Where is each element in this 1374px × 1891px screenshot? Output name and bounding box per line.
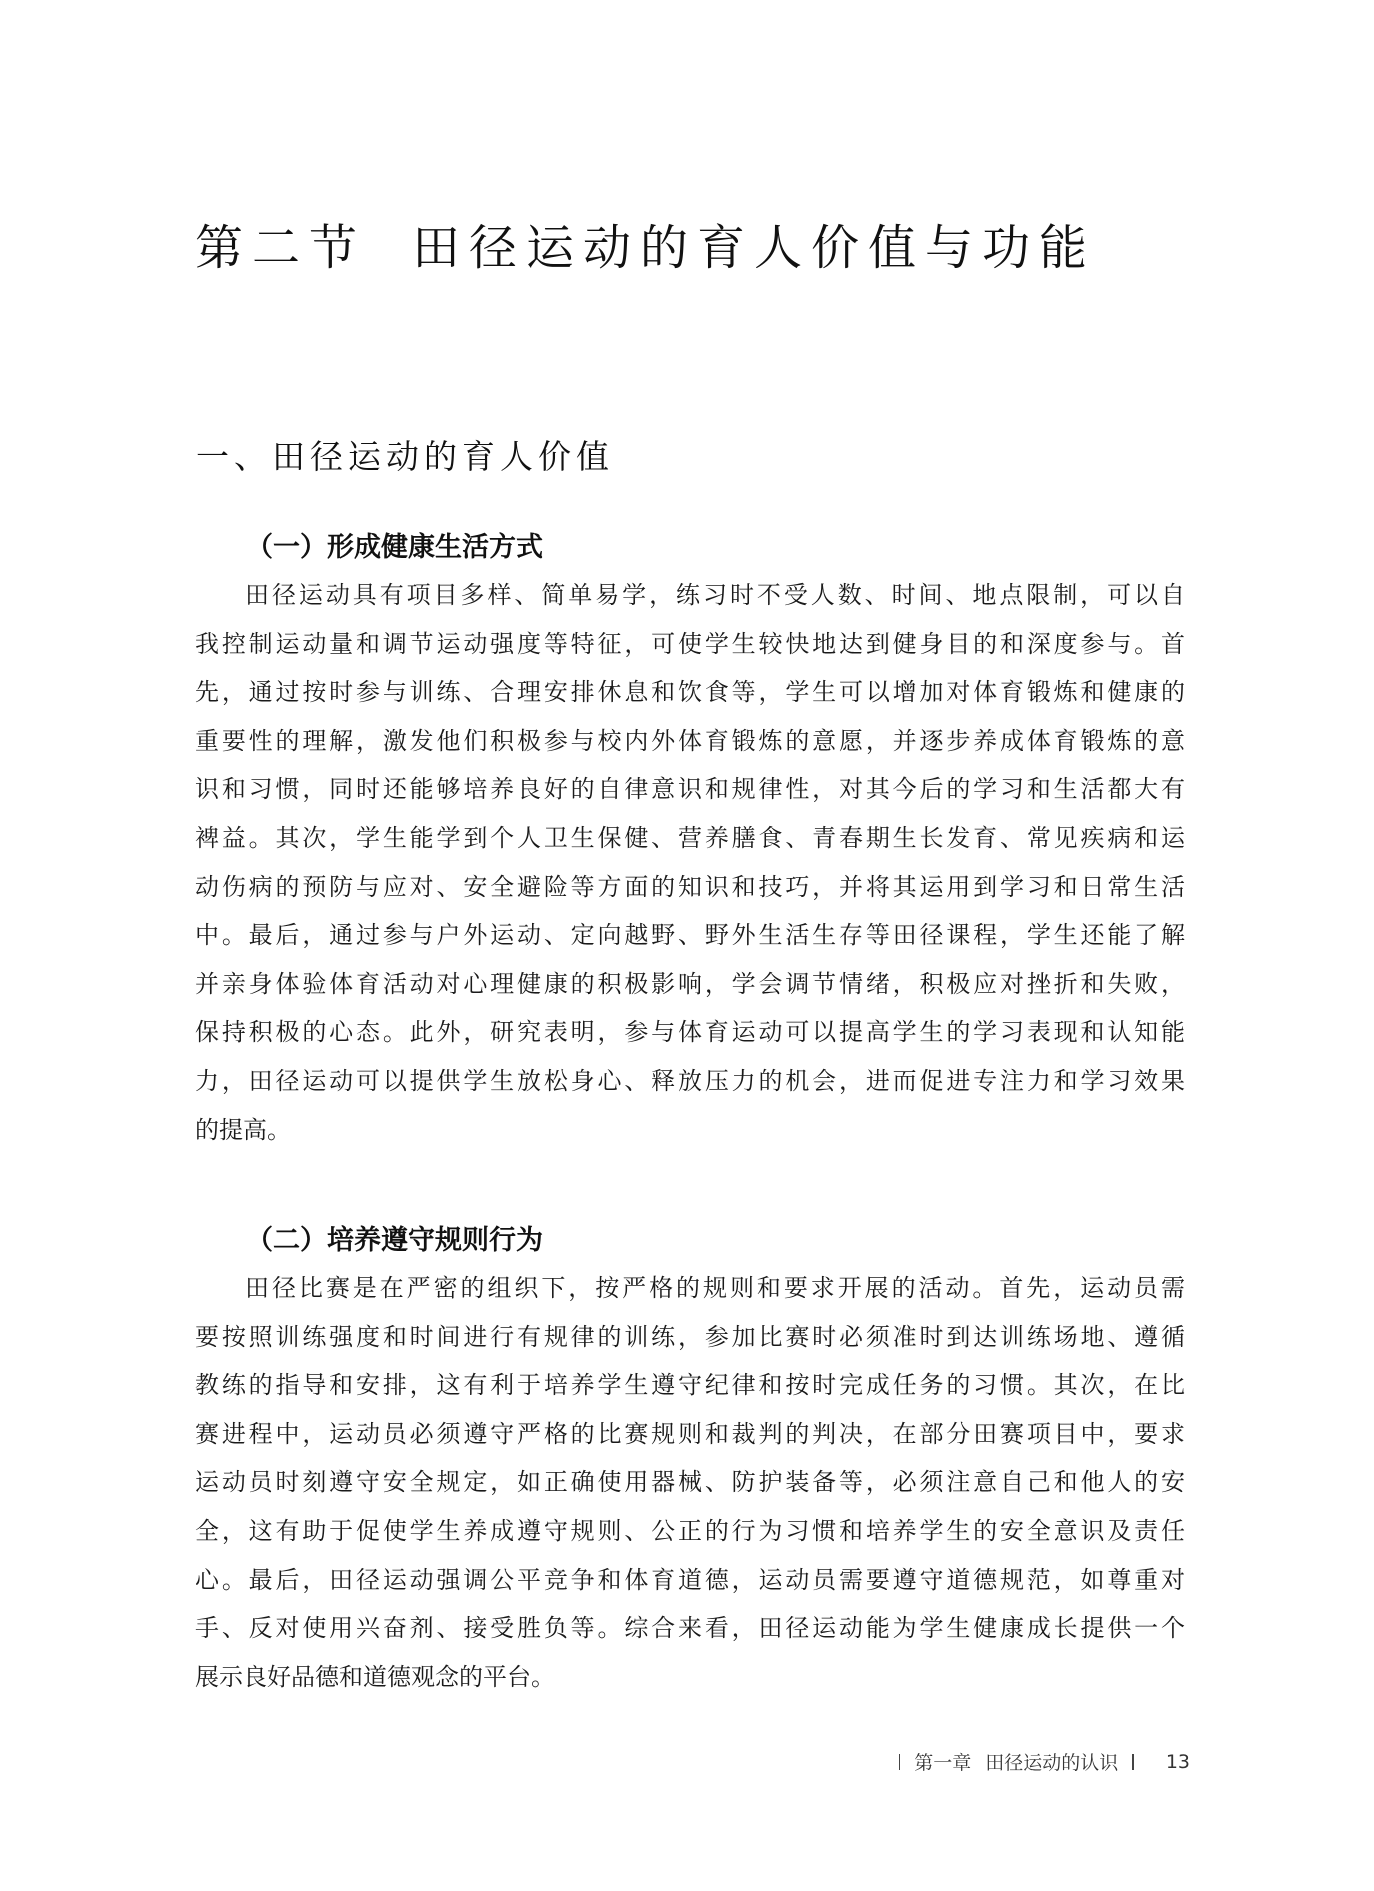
text-line: 赛进程中，运动员必须遵守严格的比赛规则和裁判的判决，在部分田赛项目中，要求 [195,1410,1185,1459]
section-number: 第二节 [195,220,366,276]
text-line: 中。最后，通过参与户外运动、定向越野、野外生活生存等田径课程，学生还能了解 [195,911,1185,960]
text-line: 先，通过按时参与训练、合理安排休息和饮食等，学生可以增加对体育锻炼和健康的 [195,668,1185,717]
page-number: 13 [1166,1751,1190,1773]
text-line: 识和习惯，同时还能够培养良好的自律意识和规律性，对其今后的学习和生活都大有 [195,765,1185,814]
text-line: 展示良好品德和道德观念的平台。 [195,1653,1185,1702]
heading-level-1: 一、田径运动的育人价值 [196,432,614,482]
section-title-text: 田径运动的育人价值与功能 [412,220,1096,276]
page-footer: 第一章 田径运动的认识 13 [850,1748,1190,1775]
subsection-heading-1: （一）形成健康生活方式 [246,528,543,568]
footer-divider [1132,1754,1134,1770]
text-line: 并亲身体验体育活动对心理健康的积极影响，学会调节情绪，积极应对挫折和失败， [195,960,1185,1009]
section-title: 第二节田径运动的育人价值与功能 [195,213,1096,283]
text-line: 我控制运动量和调节运动强度等特征，可使学生较快地达到健身目的和深度参与。首 [195,620,1185,669]
paragraph-1: 田径运动具有项目多样、简单易学，练习时不受人数、时间、地点限制，可以自 我控制运… [195,571,1185,1154]
text-line: 田径比赛是在严密的组织下，按严格的规则和要求开展的活动。首先，运动员需 [195,1264,1185,1313]
text-line: 力，田径运动可以提供学生放松身心、释放压力的机会，进而促进专注力和学习效果 [195,1057,1185,1106]
text-line: 运动员时刻遵守安全规定，如正确使用器械、防护装备等，必须注意自己和他人的安 [195,1458,1185,1507]
text-line: 全，这有助于促使学生养成遵守规则、公正的行为习惯和培养学生的安全意识及责任 [195,1507,1185,1556]
footer-divider [899,1754,901,1770]
text-line: 手、反对使用兴奋剂、接受胜负等。综合来看，田径运动能为学生健康成长提供一个 [195,1604,1185,1653]
footer-chapter: 第一章 [914,1748,971,1775]
text-line: 心。最后，田径运动强调公平竞争和体育道德，运动员需要遵守道德规范，如尊重对 [195,1556,1185,1605]
text-line: 裨益。其次，学生能学到个人卫生保健、营养膳食、青春期生长发育、常见疾病和运 [195,814,1185,863]
book-page: 第二节田径运动的育人价值与功能 一、田径运动的育人价值 （一）形成健康生活方式 … [0,0,1374,1891]
text-line: 的提高。 [195,1106,1185,1155]
footer-chapter-title: 田径运动的认识 [985,1748,1118,1775]
text-line: 重要性的理解，激发他们积极参与校内外体育锻炼的意愿，并逐步养成体育锻炼的意 [195,717,1185,766]
paragraph-2: 田径比赛是在严密的组织下，按严格的规则和要求开展的活动。首先，运动员需 要按照训… [195,1264,1185,1701]
text-line: 田径运动具有项目多样、简单易学，练习时不受人数、时间、地点限制，可以自 [195,571,1185,620]
subsection-heading-2: （二）培养遵守规则行为 [246,1221,543,1261]
text-line: 保持积极的心态。此外，研究表明，参与体育运动可以提高学生的学习表现和认知能 [195,1008,1185,1057]
text-line: 动伤病的预防与应对、安全避险等方面的知识和技巧，并将其运用到学习和日常生活 [195,863,1185,912]
text-line: 要按照训练强度和时间进行有规律的训练，参加比赛时必须准时到达训练场地、遵循 [195,1313,1185,1362]
text-line: 教练的指导和安排，这有利于培养学生遵守纪律和按时完成任务的习惯。其次，在比 [195,1361,1185,1410]
